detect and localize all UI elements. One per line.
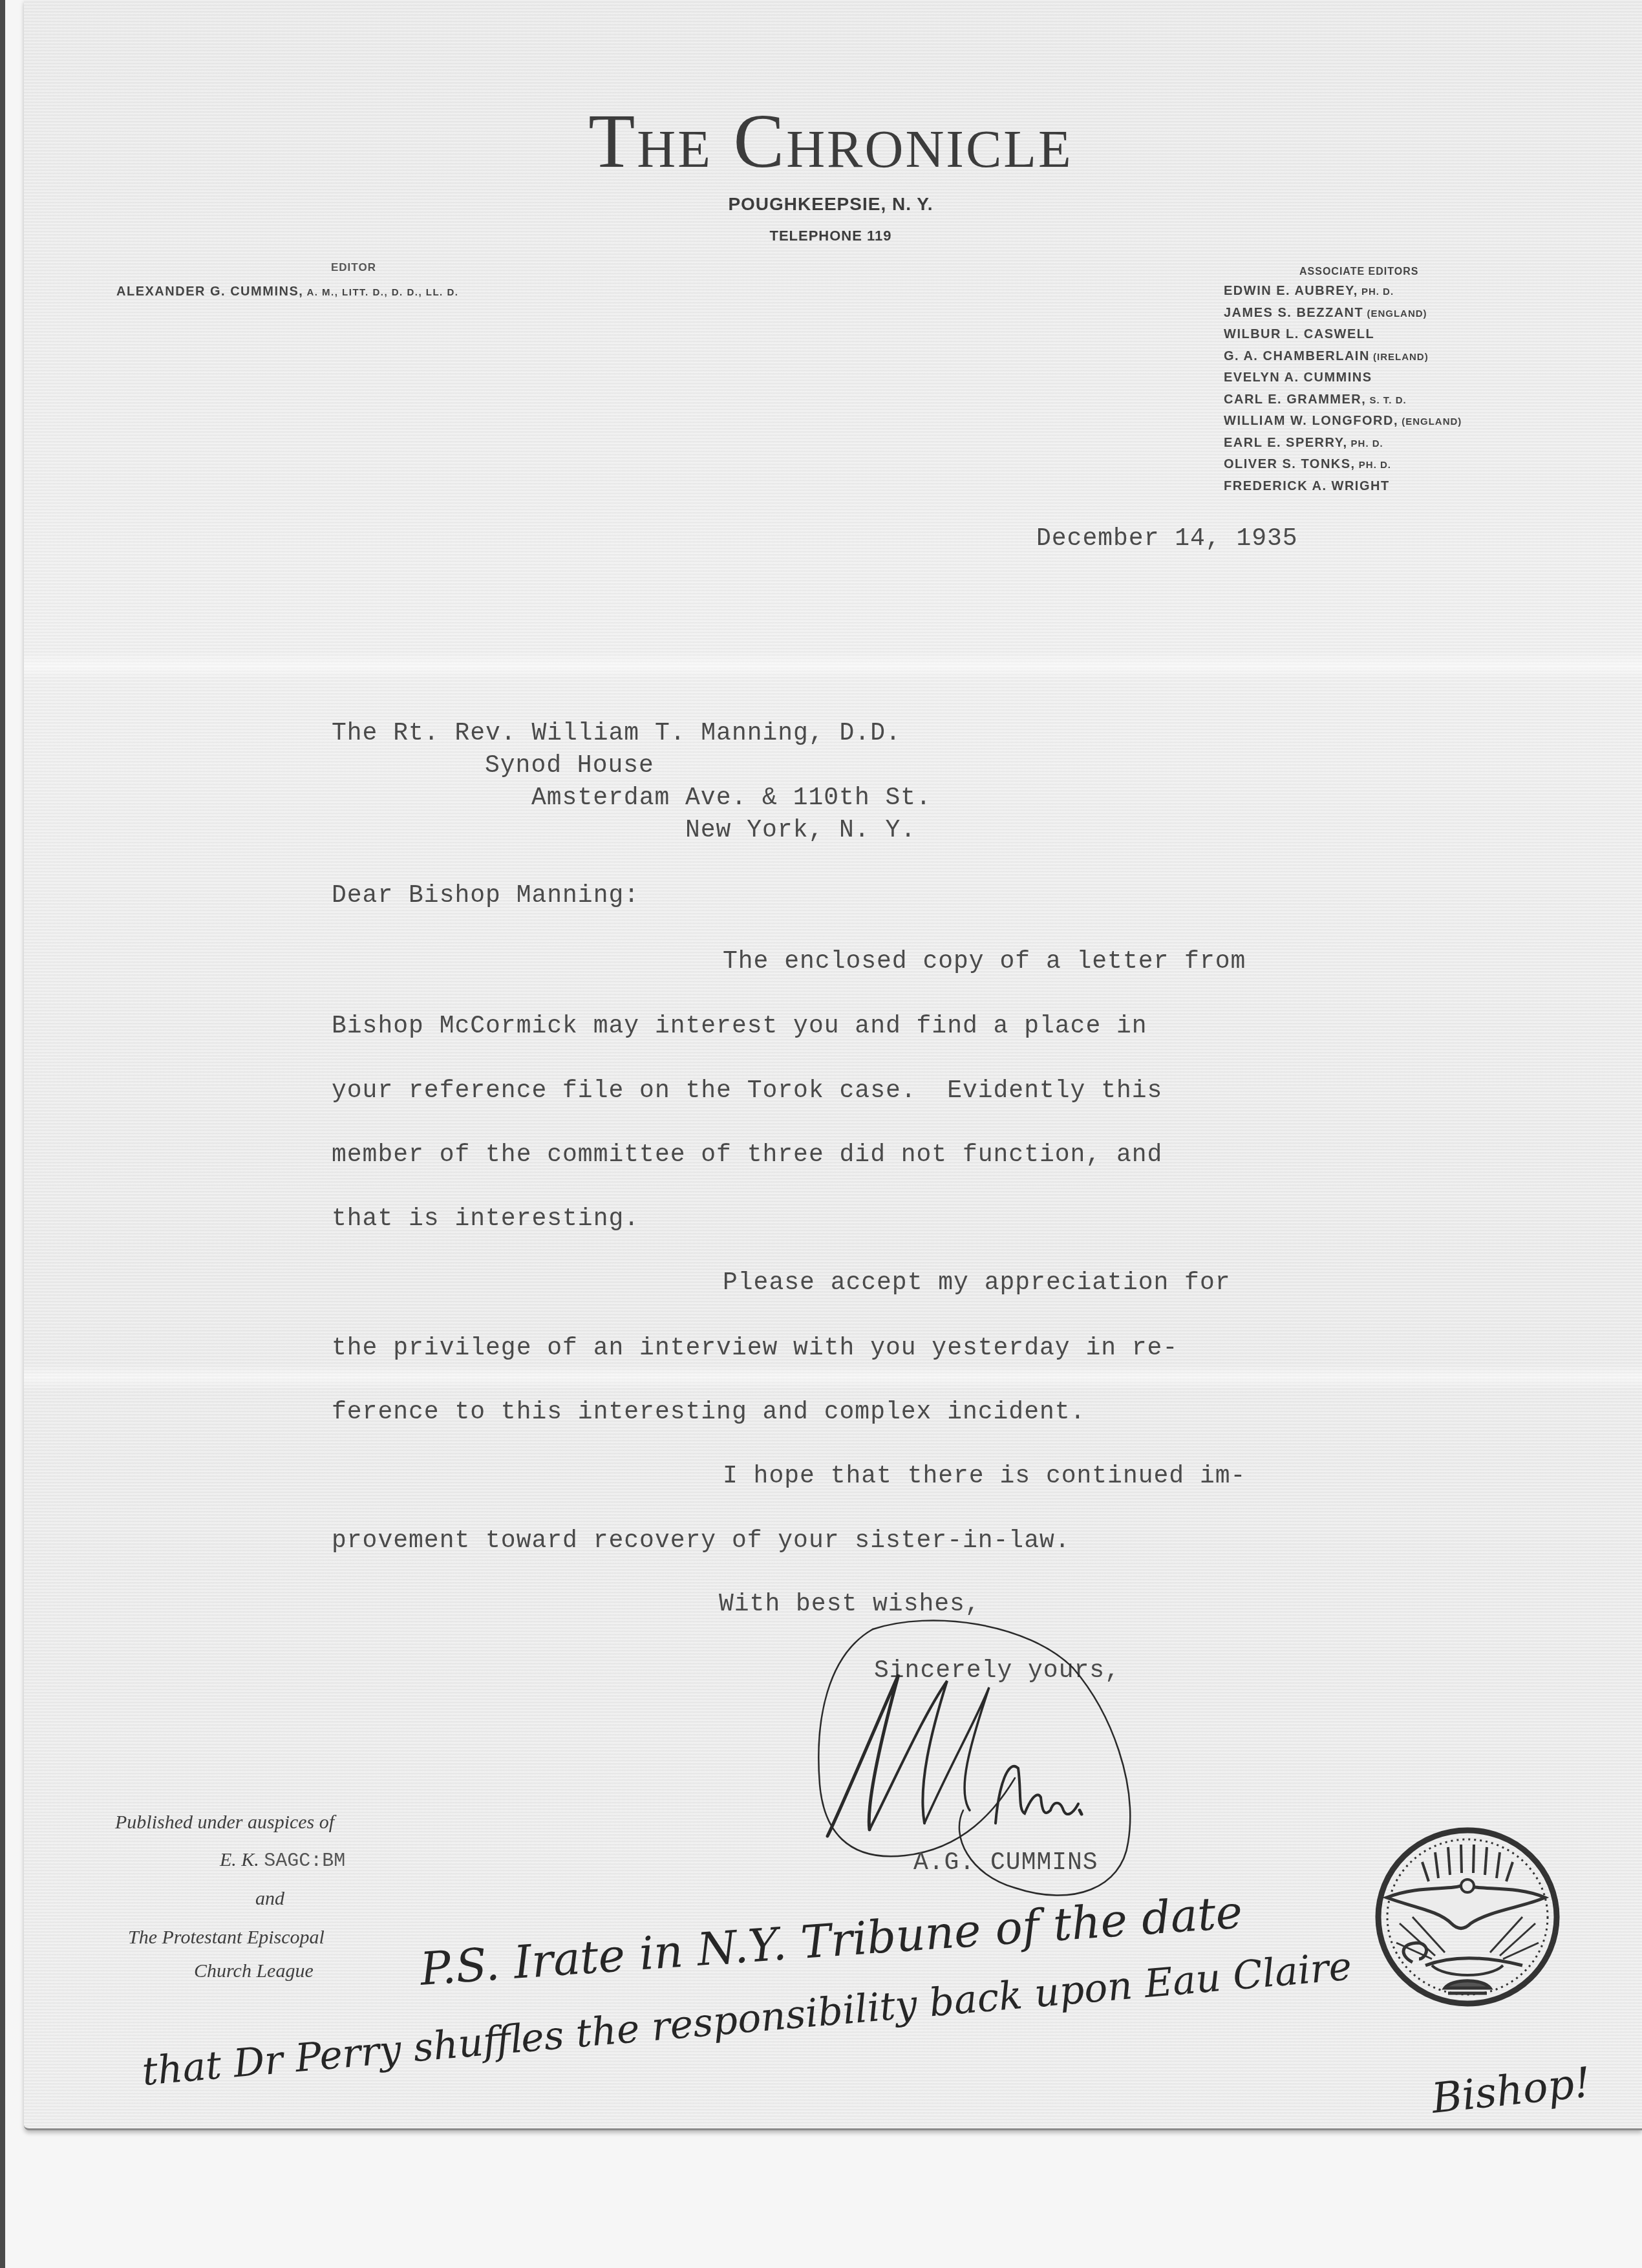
associate-editor: EDWIN E. AUBREY, PH. D.	[1224, 281, 1462, 303]
seal-icon	[1374, 1826, 1561, 2007]
associate-editor: WILBUR L. CASWELL	[1224, 324, 1462, 346]
recipient-line: Amsterdam Ave. & 110th St.	[531, 784, 932, 812]
associate-editors-list: EDWIN E. AUBREY, PH. D. JAMES S. BEZZANT…	[1224, 281, 1462, 497]
recipient-line: Synod House	[485, 752, 654, 780]
league-line-2: Church League	[194, 1960, 314, 1982]
body-line: Bishop McCormick may interest you and fi…	[332, 1012, 1147, 1040]
editor-credentials: A. M., LITT. D., D. D., LL. D.	[303, 287, 458, 298]
body-line: Please accept my appreciation for	[723, 1269, 1231, 1297]
footer-and: and	[255, 1888, 284, 1910]
signature-name: A.G. CUMMINS	[913, 1849, 1098, 1877]
associate-editor: JAMES S. BEZZANT (ENGLAND)	[1224, 303, 1462, 325]
editor-name-text: ALEXANDER G. CUMMINS,	[116, 284, 303, 299]
masthead-telephone: TELEPHONE 119	[0, 228, 1642, 244]
associate-editor: G. A. CHAMBERLAIN (IRELAND)	[1224, 346, 1462, 368]
body-line: The enclosed copy of a letter from	[723, 948, 1246, 976]
letter-date: December 14, 1935	[1036, 525, 1298, 553]
masthead-title: The Chronicle	[0, 103, 1642, 180]
body-line: member of the committee of three did not…	[332, 1141, 1162, 1169]
associate-editors-label: ASSOCIATE EDITORS	[1299, 266, 1418, 278]
body-line: ference to this interesting and complex …	[332, 1398, 1085, 1426]
associate-editor: CARL E. GRAMMER, S. T. D.	[1224, 389, 1462, 411]
salutation: Dear Bishop Manning:	[332, 882, 639, 910]
scanner-edge	[0, 0, 5, 2268]
masthead-city: POUGHKEEPSIE, N. Y.	[0, 194, 1642, 215]
editor-label: EDITOR	[331, 261, 376, 274]
paper-fold	[24, 1364, 1642, 1390]
associate-editor: OLIVER S. TONKS, PH. D.	[1224, 454, 1462, 476]
typist-initials: SAGC:BM	[264, 1850, 345, 1872]
paper-fold	[24, 653, 1642, 679]
league-line-1: The Protestant Episcopal	[128, 1927, 325, 1949]
associate-editor: FREDERICK A. WRIGHT	[1224, 476, 1462, 498]
recipient-line: New York, N. Y.	[685, 817, 916, 844]
body-line: I hope that there is continued im-	[723, 1462, 1246, 1490]
body-line: your reference file on the Torok case. E…	[332, 1077, 1162, 1105]
published-under-auspices: Published under auspices of	[115, 1812, 334, 1834]
body-line: the privilege of an interview with you y…	[332, 1334, 1178, 1362]
associate-editor: EARL E. SPERRY, PH. D.	[1224, 433, 1462, 455]
body-line: that is interesting.	[332, 1205, 639, 1233]
reference-initials: E. K. SAGC:BM	[220, 1849, 345, 1872]
editor-name: ALEXANDER G. CUMMINS, A. M., LITT. D., D…	[116, 284, 458, 299]
associate-editor: EVELYN A. CUMMINS	[1224, 367, 1462, 389]
closing-best-wishes: With best wishes,	[719, 1590, 981, 1618]
body-line: provement toward recovery of your sister…	[332, 1527, 1071, 1555]
associate-editor: WILLIAM W. LONGFORD, (ENGLAND)	[1224, 411, 1462, 433]
recipient-line: The Rt. Rev. William T. Manning, D.D.	[332, 720, 901, 747]
